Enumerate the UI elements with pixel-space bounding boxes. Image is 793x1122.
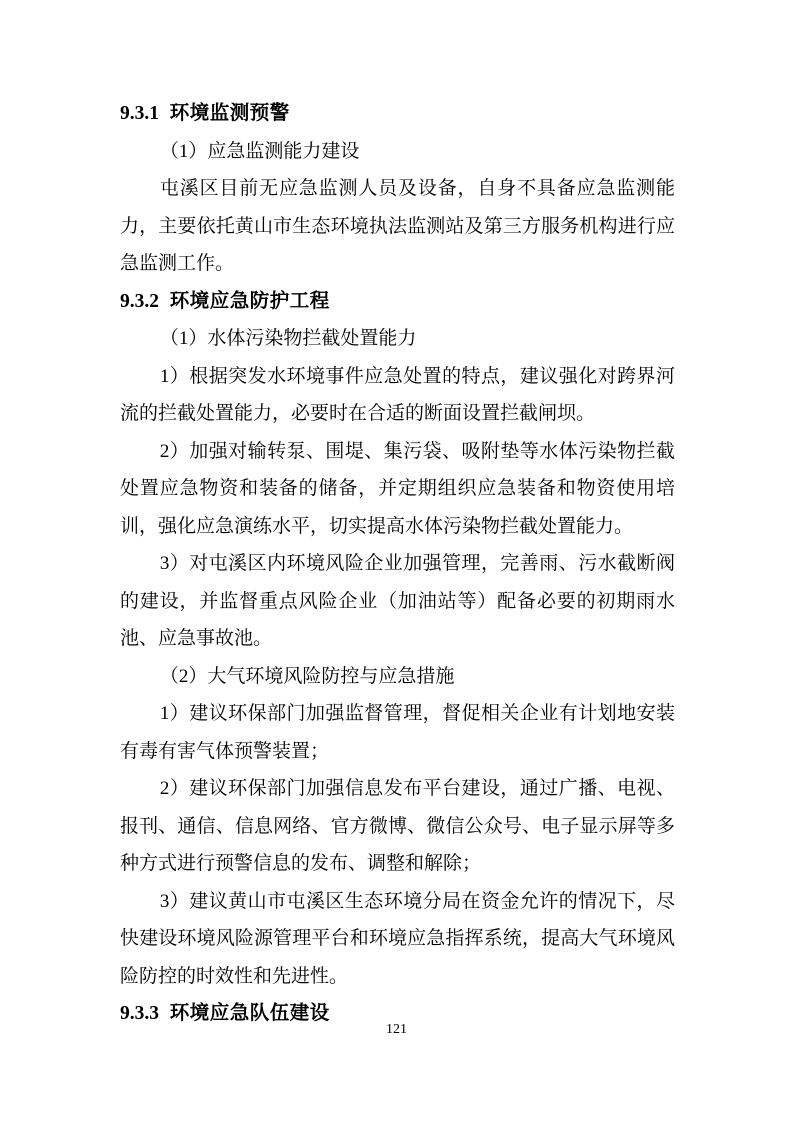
section-heading-9-3-2: 9.3.2环境应急防护工程 [120, 283, 675, 321]
section-title: 环境应急队伍建设 [170, 1002, 330, 1024]
paragraph-water-item-2: 2）加强对输转泵、围堤、集污袋、吸附垫等水体污染物拦截处置应急物资和装备的储备，… [120, 433, 675, 546]
paragraph-air-risk-subtitle: （2）大气环境风险防控与应急措施 [120, 658, 675, 696]
page-number: 121 [0, 1022, 793, 1038]
paragraph-water-pollutant-subtitle: （1）水体污染物拦截处置能力 [120, 320, 675, 358]
paragraph-air-item-2: 2）建议环保部门加强信息发布平台建设，通过广播、电视、报刊、通信、信息网络、官方… [120, 770, 675, 883]
document-page: 9.3.1环境监测预警 （1）应急监测能力建设 屯溪区目前无应急监测人员及设备，… [0, 0, 793, 1122]
paragraph-water-item-1: 1）根据突发水环境事件应急处置的特点，建议强化对跨界河流的拦截处置能力，必要时在… [120, 358, 675, 433]
paragraph-air-item-1: 1）建议环保部门加强监督管理，督促相关企业有计划地安装有毒有害气体预警装置； [120, 695, 675, 770]
paragraph-air-item-3: 3）建议黄山市屯溪区生态环境分局在资金允许的情况下，尽快建设环境风险源管理平台和… [120, 883, 675, 996]
section-title: 环境监测预警 [170, 102, 290, 124]
section-title: 环境应急防护工程 [170, 290, 330, 312]
section-number: 9.3.3 [120, 1003, 159, 1024]
paragraph-monitoring-capability-body: 屯溪区目前无应急监测人员及设备，自身不具备应急监测能力，主要依托黄山市生态环境执… [120, 170, 675, 283]
paragraph-water-item-3: 3）对屯溪区内环境风险企业加强管理，完善雨、污水截断阀的建设，并监督重点风险企业… [120, 545, 675, 658]
document-content: 9.3.1环境监测预警 （1）应急监测能力建设 屯溪区目前无应急监测人员及设备，… [120, 95, 675, 1033]
section-number: 9.3.2 [120, 291, 159, 312]
section-number: 9.3.1 [120, 103, 159, 124]
section-heading-9-3-1: 9.3.1环境监测预警 [120, 95, 675, 133]
paragraph-monitoring-capability-subtitle: （1）应急监测能力建设 [120, 133, 675, 171]
